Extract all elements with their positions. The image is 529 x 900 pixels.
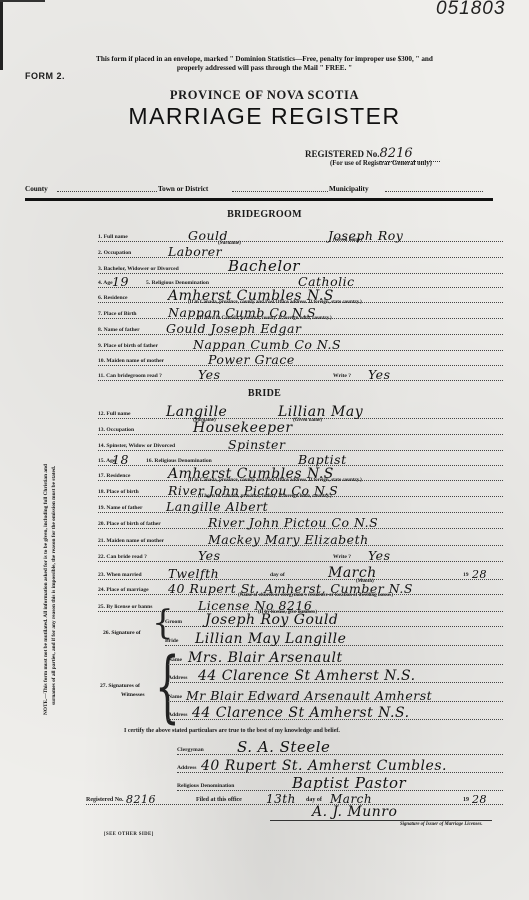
bride-religion: Baptist <box>298 452 347 467</box>
bride-occupation-row[interactable]: 13. Occupation Housekeeper <box>98 420 503 435</box>
bride-father-name: Langille Albert <box>166 499 268 514</box>
mail-notice-line1: This form if placed in an envelope, mark… <box>0 55 529 63</box>
groom-occupation: Laborer <box>168 244 222 259</box>
bride-signature-row[interactable]: Bride Lillian May Langille <box>165 631 503 646</box>
witness-1-address-row[interactable]: Address 44 Clarence St Amherst N.S. <box>168 668 503 683</box>
bridegroom-heading: BRIDEGROOM <box>0 209 529 220</box>
witness-2-name-row[interactable]: Name Mr Blair Edward Arsenault Amherst <box>168 687 503 702</box>
groom-father-name: Gould Joseph Edgar <box>166 321 301 336</box>
filing-row[interactable]: Registered No. 8216 Filed at this office… <box>86 790 503 805</box>
groom-mother-maiden-name: Power Grace <box>208 352 295 367</box>
municipality-field[interactable] <box>385 191 483 192</box>
groom-signature-row[interactable]: Groom Joseph Roy Gould <box>165 612 503 627</box>
bride-age: 18 <box>112 452 129 467</box>
marriage-register-page: 051803 This form if placed in an envelop… <box>0 0 529 900</box>
bride-father-birthplace: River John Pictou Co N.S <box>208 515 378 530</box>
bride-residence-row[interactable]: 17. Residence Amherst Cumbles N.S (If in… <box>98 466 503 481</box>
witnesses-label: 27. Signatures of <box>100 683 140 689</box>
bride-marital-status: Spinster <box>228 437 285 452</box>
witness-1-name-row[interactable]: Name Mrs. Blair Arsenault <box>168 650 503 665</box>
bride-literacy-row[interactable]: 22. Can bride read ? Yes Write ? Yes <box>98 547 503 562</box>
bride-can-write: Yes <box>368 548 390 563</box>
bride-occupation: Housekeeper <box>193 420 293 436</box>
clergyman-address-row[interactable]: Address 40 Rupert St. Amherst Cumbles. <box>177 758 503 773</box>
page-title: MARRIAGE REGISTER <box>0 103 529 130</box>
groom-father-birthplace-row[interactable]: 9. Place of birth of father Nappan Cumb … <box>98 336 503 351</box>
when-married-row[interactable]: 23. When married Twelfth day of March (M… <box>98 565 503 580</box>
see-other-side: [SEE OTHER SIDE] <box>104 832 154 837</box>
scan-edge-top <box>0 0 45 2</box>
filed-year: 28 <box>472 793 487 806</box>
issuer-label: Signature of Issuer of Marriage Licenses… <box>400 822 483 827</box>
header-divider <box>25 198 493 201</box>
groom-occupation-row[interactable]: 2. Occupation Laborer <box>98 243 503 258</box>
stamp-number: 051803 <box>436 0 505 20</box>
town-field[interactable] <box>232 191 328 192</box>
witness-2-name: Mr Blair Edward Arsenault Amherst <box>186 688 432 703</box>
place-of-marriage-row[interactable]: 24. Place of marriage 40 Rupert St. Amhe… <box>98 580 503 595</box>
registered-label: REGISTERED No. <box>305 149 380 159</box>
bride-father-row[interactable]: 19. Name of father Langille Albert <box>98 498 503 513</box>
groom-full-name-row[interactable]: 1. Full name Gould Joseph Roy (Surname) … <box>98 227 503 242</box>
witness-1-address: 44 Clarence St Amherst N.S. <box>198 668 416 684</box>
signature-of-label: 26. Signature of <box>103 630 141 636</box>
clergyman-address: 40 Rupert St. Amherst Cumbles. <box>201 758 447 774</box>
groom-mother-row[interactable]: 10. Maiden name of mother Power Grace <box>98 351 503 366</box>
bride-full-name-row[interactable]: 12. Full name Langille Lillian May (Surn… <box>98 404 503 419</box>
witness-1-name: Mrs. Blair Arsenault <box>188 650 343 666</box>
clergyman-denomination-row[interactable]: Religious Denomination Baptist Pastor <box>177 776 503 791</box>
groom-age: 19 <box>112 274 129 289</box>
groom-religion: Catholic <box>298 274 355 289</box>
bride-mother-maiden-name: Mackey Mary Elizabeth <box>208 532 369 547</box>
mail-notice-line2: properly addressed will pass through the… <box>0 64 529 72</box>
clergyman-row[interactable]: Clergyman S. A. Steele <box>177 740 503 755</box>
bride-heading: BRIDE <box>0 388 529 399</box>
bride-marital-status-row[interactable]: 14. Spinster, Widow or Divorced Spinster <box>98 436 503 451</box>
groom-can-write: Yes <box>368 367 390 382</box>
marriage-day: Twelfth <box>168 566 219 581</box>
groom-literacy-row[interactable]: 11. Can bridegroom read ? Yes Write ? Ye… <box>98 366 503 381</box>
bride-signature: Lillian May Langille <box>195 631 346 647</box>
clergyman-signature: S. A. Steele <box>237 738 330 756</box>
issuer-signature: A. J. Munro <box>312 804 397 820</box>
bride-mother-row[interactable]: 21. Maiden name of mother Mackey Mary El… <box>98 531 503 546</box>
bride-age-religion-row[interactable]: 15. Age 18 16. Religious Denomination Ba… <box>98 451 503 466</box>
county-field[interactable] <box>57 191 157 192</box>
groom-marital-status-row[interactable]: 3. Bachelor, Widower or Divorced Bachelo… <box>98 259 503 274</box>
groom-can-read: Yes <box>198 367 220 382</box>
groom-residence-row[interactable]: 6. Residence Amherst Cumbles N.S (If in … <box>98 288 503 303</box>
issuer-signature-line[interactable] <box>270 820 492 821</box>
certification-statement: I certify the above stated particulars a… <box>124 728 340 734</box>
groom-birthplace-row[interactable]: 7. Place of Birth Nappan Cumb Co N.S (If… <box>98 304 503 319</box>
registrar-note: (For use of Registrar General only) <box>330 160 432 167</box>
bride-birthplace-row[interactable]: 18. Place of birth River John Pictou Co … <box>98 482 503 497</box>
municipality-label: Municipality <box>329 185 369 193</box>
groom-age-religion-row[interactable]: 4. Age 19 5. Religious Denomination Cath… <box>98 273 503 288</box>
witness-2-address-row[interactable]: Address 44 Clarence St Amherst N.S. <box>168 705 503 720</box>
bride-father-birthplace-row[interactable]: 20. Place of birth of father River John … <box>98 514 503 529</box>
form-label: FORM 2. <box>25 71 65 81</box>
groom-father-birthplace: Nappan Cumb Co N.S <box>193 337 341 352</box>
town-label: Town or District <box>158 185 208 193</box>
bride-can-read: Yes <box>198 548 220 563</box>
groom-father-row[interactable]: 8. Name of father Gould Joseph Edgar <box>98 320 503 335</box>
filed-day: 13th <box>266 792 296 806</box>
county-label: County <box>25 185 48 193</box>
filing-registered-number: 8216 <box>126 793 156 806</box>
province-heading: PROVINCE OF NOVA SCOTIA <box>0 88 529 103</box>
side-note: NOTE.—This form must not be mutilated. A… <box>42 295 58 715</box>
groom-signature: Joseph Roy Gould <box>205 612 338 628</box>
witness-2-address: 44 Clarence St Amherst N.S. <box>192 705 410 721</box>
